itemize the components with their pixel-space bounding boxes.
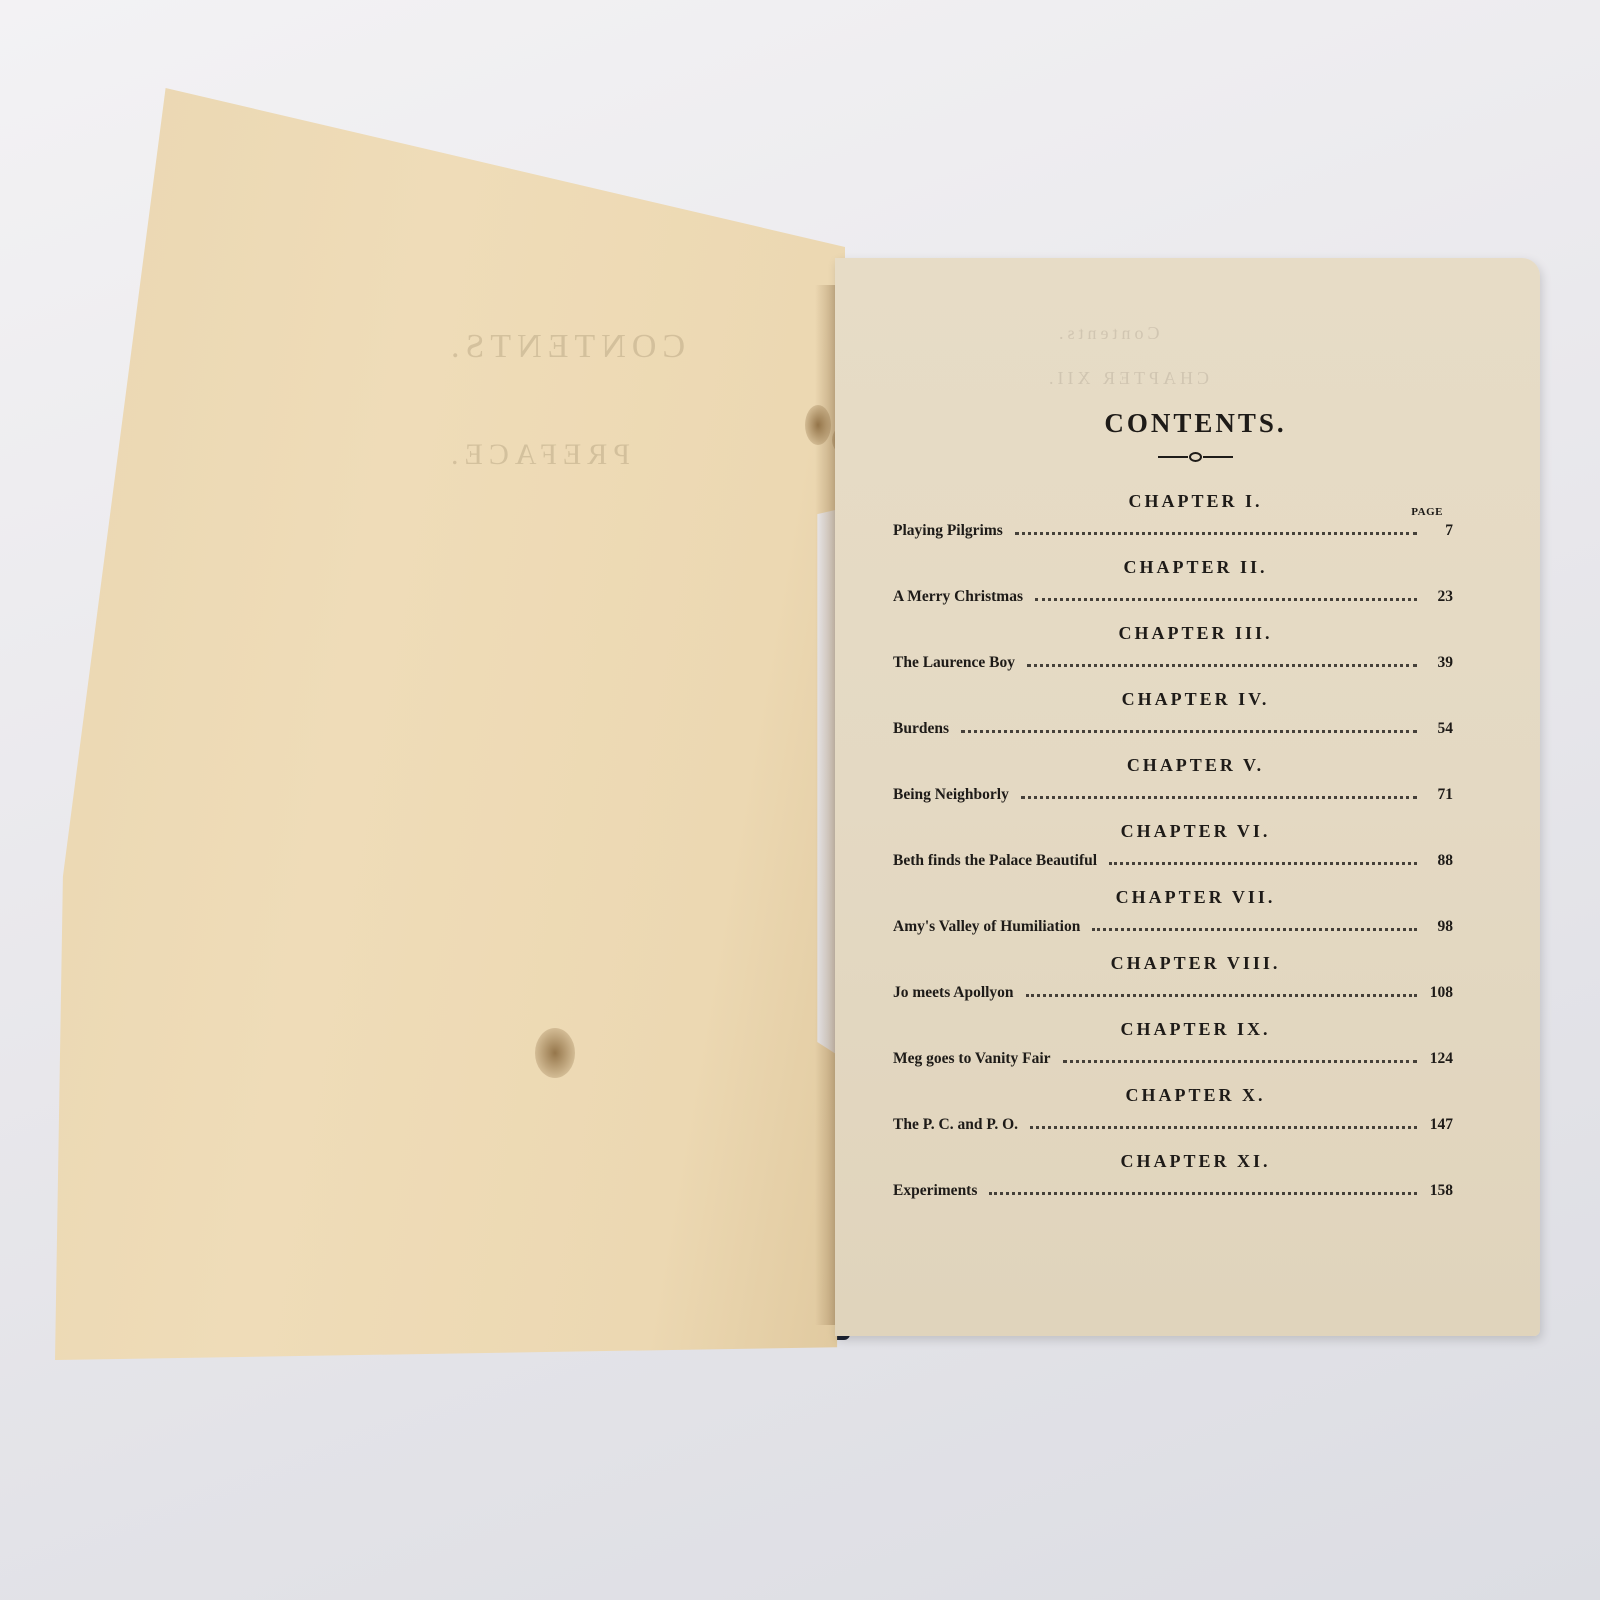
dot-leader [1015,532,1417,535]
dot-leader [1109,862,1417,865]
toc-entry: CHAPTER VI. Beth finds the Palace Beauti… [893,817,1453,883]
chapter-title: The Laurence Boy [893,654,1021,672]
page-number: 71 [1423,786,1453,804]
chapter-title: Amy's Valley of Humiliation [893,918,1086,936]
dot-leader [1026,994,1417,997]
chapter-heading: CHAPTER I. [938,487,1453,512]
dot-leader [1092,928,1417,931]
chapter-heading: CHAPTER V. [938,751,1453,776]
chapter-title: The P. C. and P. O. [893,1116,1024,1134]
chapter-title: Beth finds the Palace Beautiful [893,852,1103,870]
toc-entry: CHAPTER VII. Amy's Valley of Humiliation… [893,883,1453,949]
toc-entry: CHAPTER V. Being Neighborly71 [893,751,1453,817]
page-number: 124 [1423,1050,1453,1068]
dot-leader [1035,598,1417,601]
bleed-through-running-head: Contents. [1055,323,1160,344]
bleed-through-heading: CONTENTS. [445,328,685,366]
chapter-title: Burdens [893,720,955,738]
bleed-through-subheading: PREFACE. [445,438,630,472]
right-page: Contents. CHAPTER XII. CONTENTS. PAGE CH… [835,258,1540,1336]
chapter-heading: CHAPTER II. [938,553,1453,578]
chapter-heading: CHAPTER VII. [938,883,1453,908]
chapter-heading: CHAPTER IV. [938,685,1453,710]
page-number: 108 [1423,984,1453,1002]
stain [805,405,831,445]
chapter-title: Playing Pilgrims [893,522,1009,540]
chapter-title: Being Neighborly [893,786,1015,804]
chapter-title: A Merry Christmas [893,588,1029,606]
page-number: 98 [1423,918,1453,936]
page-number: 23 [1423,588,1453,606]
ornament-divider [938,449,1453,465]
toc-title: CONTENTS. [938,408,1453,439]
bleed-through-chapter: CHAPTER XII. [1045,368,1209,389]
toc-entry: CHAPTER II. A Merry Christmas23 [893,553,1453,619]
toc-entry: CHAPTER XI. Experiments158 [893,1147,1453,1213]
page-number: 54 [1423,720,1453,738]
page-number: 39 [1423,654,1453,672]
page-number: 158 [1423,1182,1453,1200]
chapter-heading: CHAPTER X. [938,1081,1453,1106]
chapter-heading: CHAPTER VIII. [938,949,1453,974]
chapter-heading: CHAPTER III. [938,619,1453,644]
toc-entry: CHAPTER I. Playing Pilgrims7 [893,487,1453,553]
page-number: 7 [1423,522,1453,540]
left-page: CONTENTS. PREFACE. [55,88,845,1360]
dot-leader [1027,664,1417,667]
book-photo: CONTENTS. PREFACE. Contents. CHAPTER XII… [0,0,1600,1600]
toc-entry: CHAPTER III. The Laurence Boy39 [893,619,1453,685]
toc-entry: CHAPTER X. The P. C. and P. O.147 [893,1081,1453,1147]
toc-entry: CHAPTER IV. Burdens54 [893,685,1453,751]
chapter-title: Jo meets Apollyon [893,984,1020,1002]
dot-leader [989,1192,1417,1195]
page-number: 88 [1423,852,1453,870]
toc-entry: CHAPTER IX. Meg goes to Vanity Fair124 [893,1015,1453,1081]
table-of-contents: CONTENTS. PAGE CHAPTER I. Playing Pilgri… [893,408,1453,1213]
chapter-title: Meg goes to Vanity Fair [893,1050,1057,1068]
dot-leader [1030,1126,1417,1129]
stain [535,1028,575,1078]
toc-entries: CHAPTER I. Playing Pilgrims7 CHAPTER II.… [893,487,1453,1213]
chapter-heading: CHAPTER IX. [938,1015,1453,1040]
dot-leader [1063,1060,1417,1063]
chapter-title: Experiments [893,1182,983,1200]
chapter-heading: CHAPTER VI. [938,817,1453,842]
dot-leader [1021,796,1417,799]
page-number: 147 [1423,1116,1453,1134]
toc-entry: CHAPTER VIII. Jo meets Apollyon108 [893,949,1453,1015]
chapter-heading: CHAPTER XI. [938,1147,1453,1172]
dot-leader [961,730,1417,733]
